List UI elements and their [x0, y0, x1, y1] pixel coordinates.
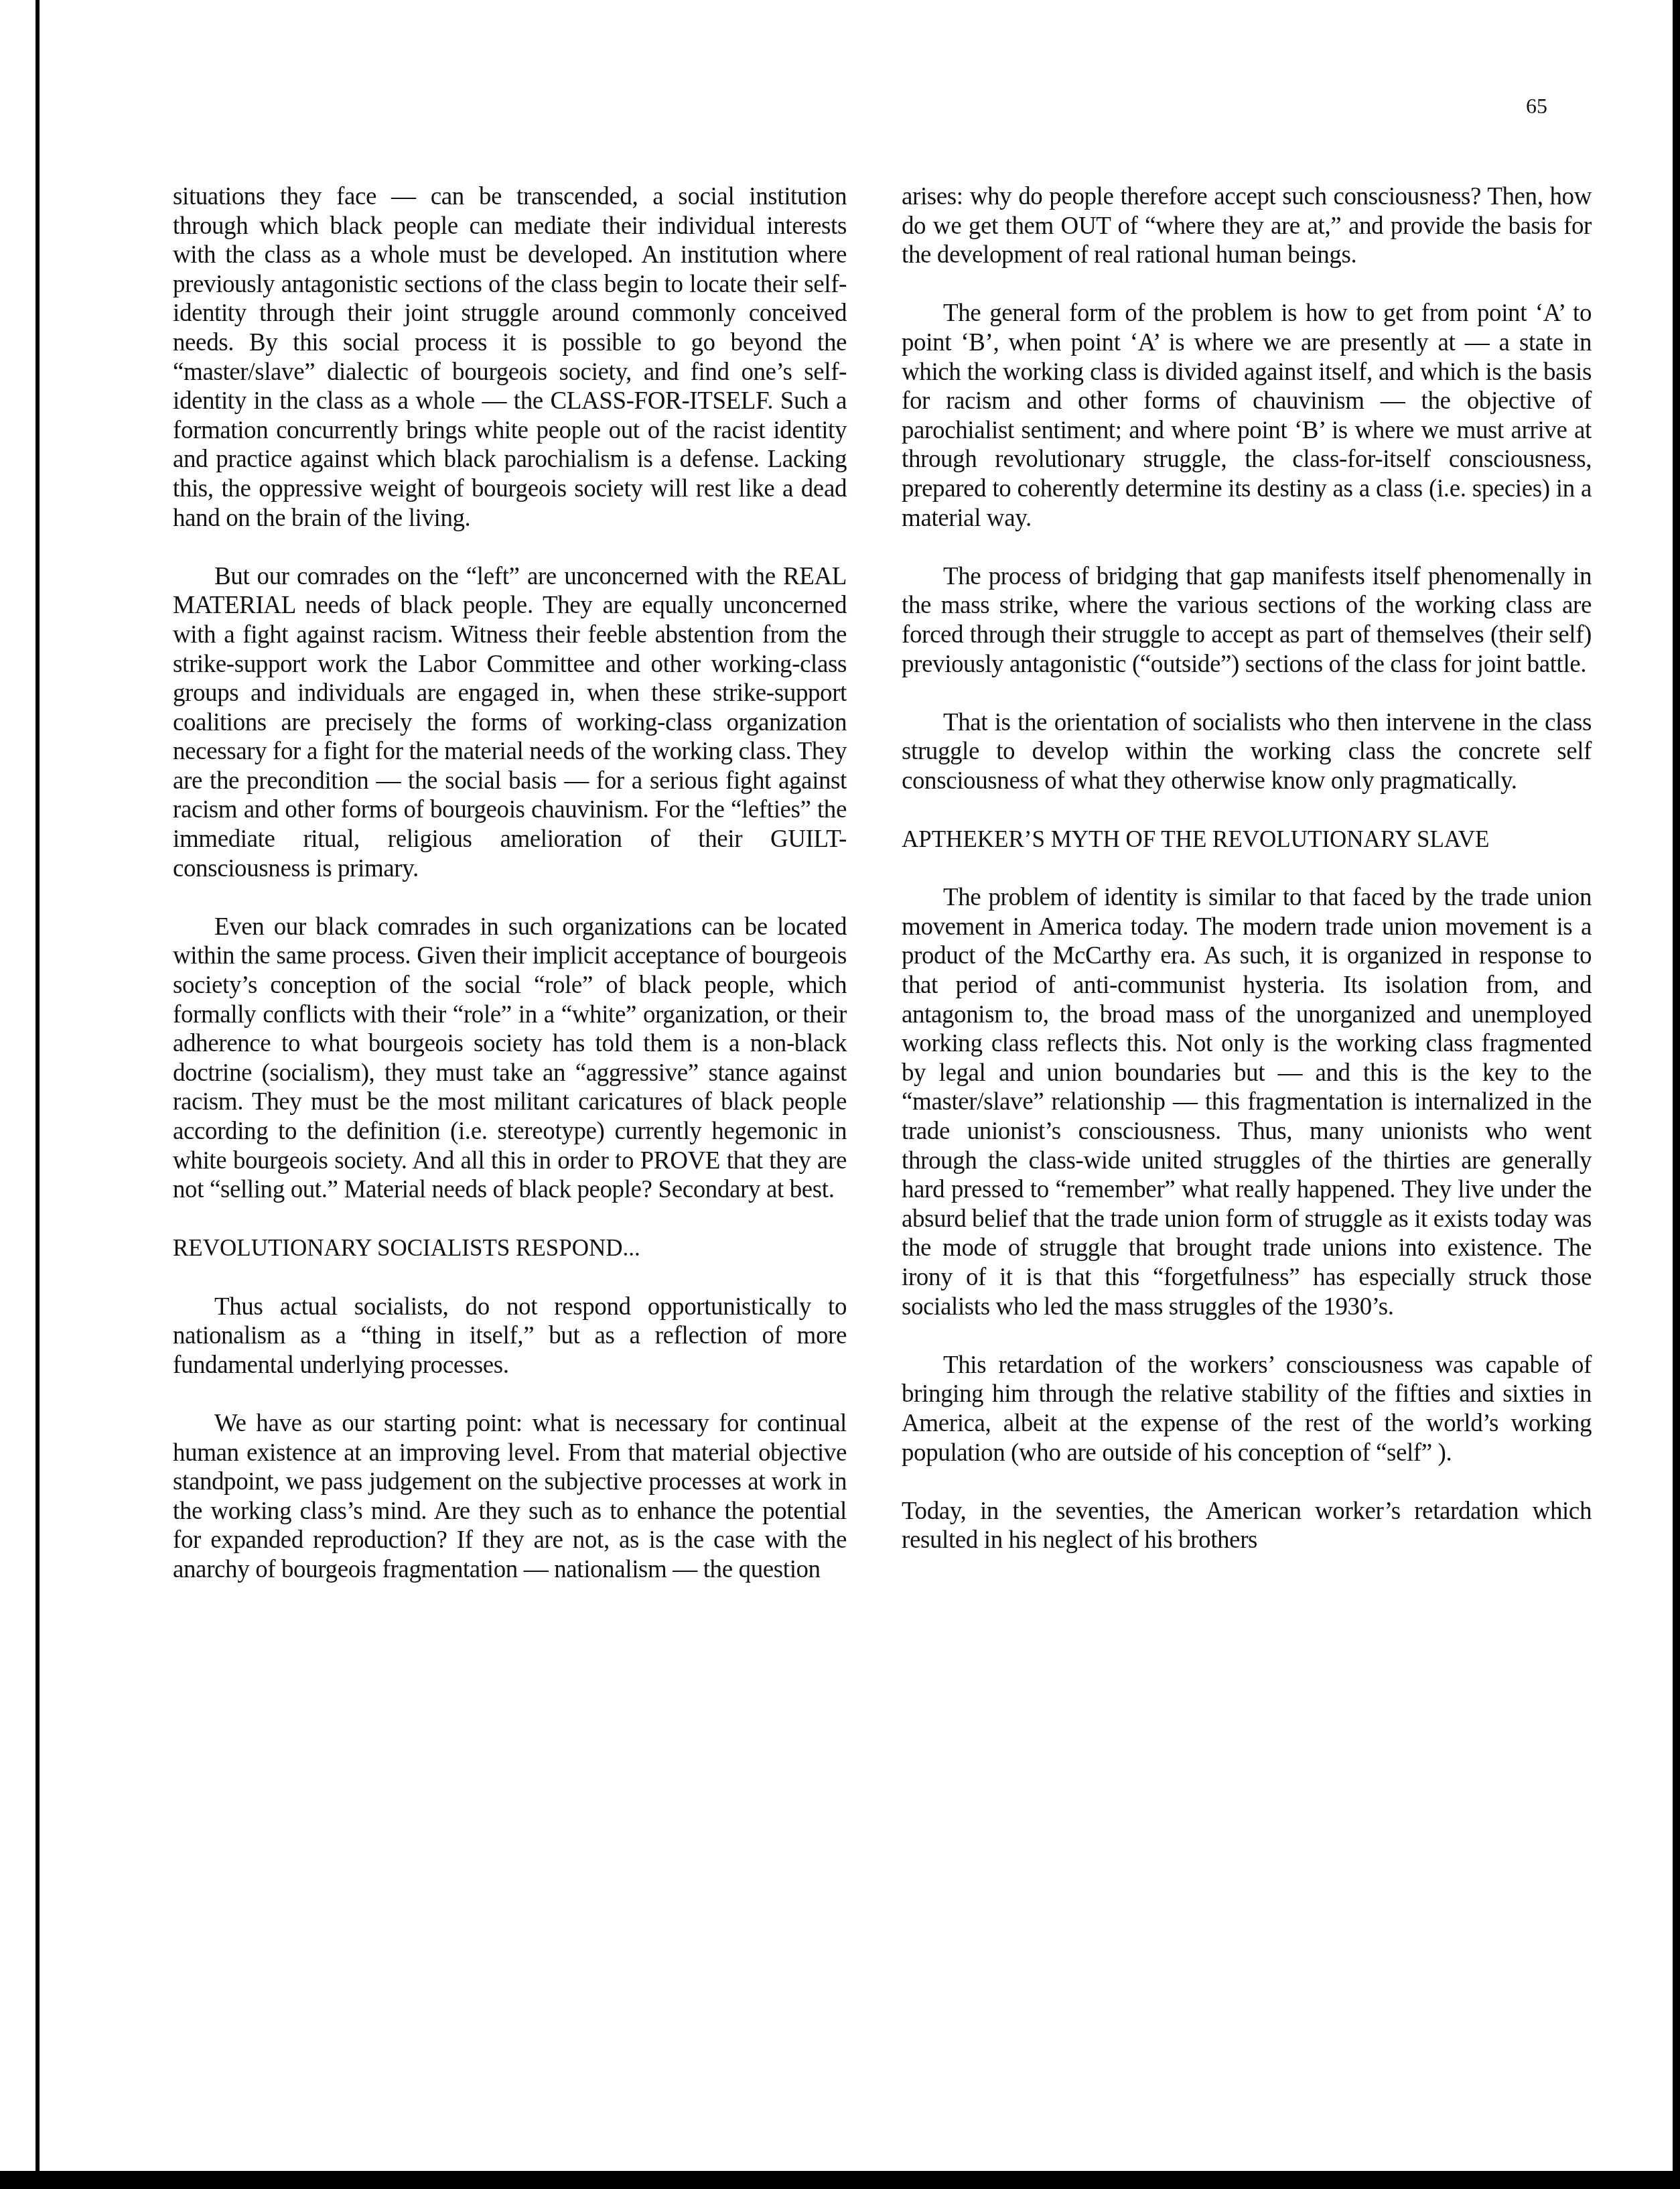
paragraph: The process of bridging that gap manifes…: [902, 562, 1592, 679]
page-number: 65: [1526, 94, 1547, 118]
paragraph: situations they face — can be transcende…: [173, 182, 847, 533]
paragraph: We have as our starting point: what is n…: [173, 1409, 847, 1585]
paragraph: The general form of the problem is how t…: [902, 299, 1592, 533]
paragraph: Today, in the seventies, the American wo…: [902, 1497, 1592, 1555]
paragraph: arises: why do people therefore accept s…: [902, 182, 1592, 270]
scan-bottom-edge: [0, 2171, 1680, 2189]
paragraph: That is the orientation of socialists wh…: [902, 708, 1592, 796]
left-column: situations they face — can be transcende…: [173, 182, 847, 1613]
paragraph: The problem of identity is similar to th…: [902, 883, 1592, 1321]
paragraph: Even our black comrades in such organiza…: [173, 913, 847, 1205]
right-column: arises: why do people therefore accept s…: [902, 182, 1592, 1585]
paragraph: This retardation of the workers’ conscio…: [902, 1351, 1592, 1467]
paragraph: But our comrades on the “left” are uncon…: [173, 562, 847, 884]
paragraph: Thus actual socialists, do not respond o…: [173, 1292, 847, 1380]
section-heading: REVOLUTIONARY SOCIALISTS RESPOND...: [173, 1234, 847, 1263]
scan-left-edge: [36, 0, 40, 2171]
section-heading: APTHEKER’S MYTH OF THE REVOLUTIONARY SLA…: [902, 825, 1518, 854]
scan-right-edge: [1673, 0, 1680, 2189]
